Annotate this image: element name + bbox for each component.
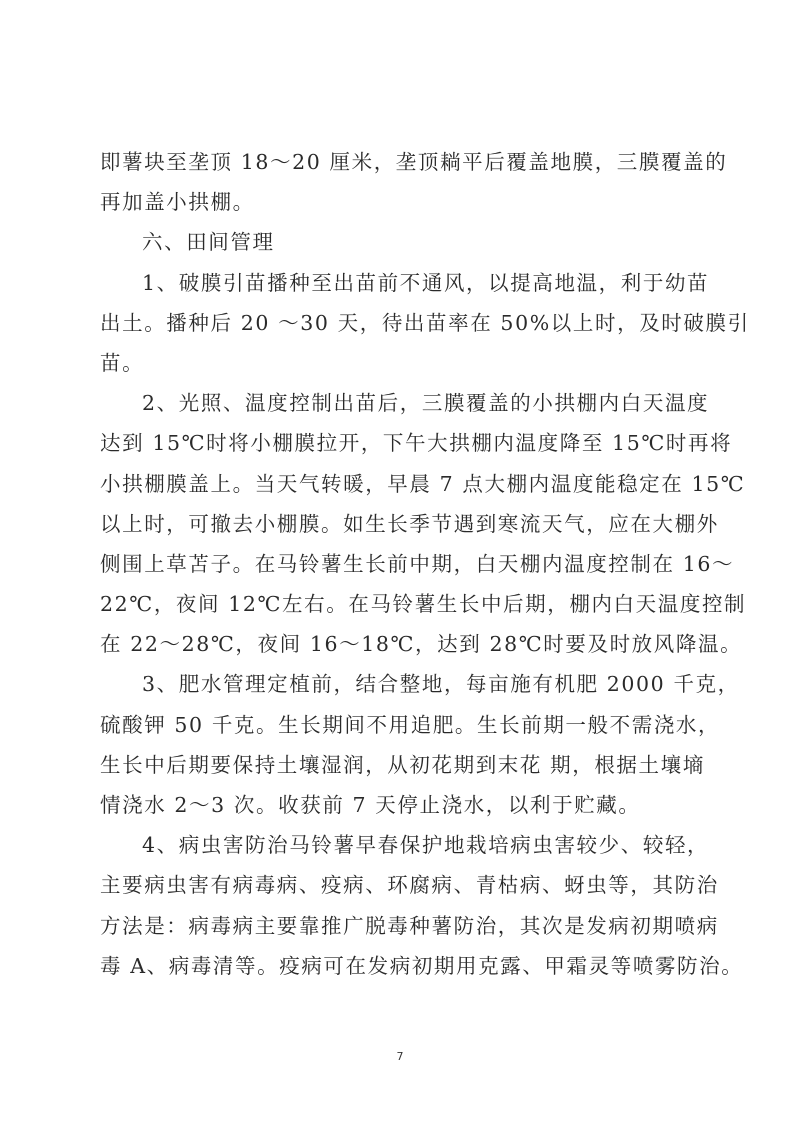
text-line: 在 22～28℃，夜间 16～18℃，达到 28℃时要及时放风降温。 bbox=[100, 624, 704, 664]
text-line: 即薯块至垄顶 18～20 厘米，垄顶耥平后覆盖地膜，三膜覆盖的 bbox=[100, 142, 704, 182]
text-line: 苗。 bbox=[100, 343, 704, 383]
text-line: 达到 15℃时将小棚膜拉开，下午大拱棚内温度降至 15℃时再将 bbox=[100, 423, 704, 463]
text-line: 情浇水 2～3 次。收获前 7 天停止浇水，以利于贮藏。 bbox=[100, 785, 704, 825]
text-line: 方法是：病毒病主要靠推广脱毒种薯防治，其次是发病初期喷病 bbox=[100, 906, 704, 946]
text-line: 3、肥水管理定植前，结合整地，每亩施有机肥 2000 千克， bbox=[100, 664, 704, 704]
section-heading: 六、田间管理 bbox=[100, 222, 704, 262]
text-line: 4、病虫害防治马铃薯早春保护地栽培病虫害较少、较轻， bbox=[100, 825, 704, 865]
text-line: 毒 A、病毒清等。疫病可在发病初期用克露、甲霜灵等喷雾防治。 bbox=[100, 946, 704, 986]
document-body: 即薯块至垄顶 18～20 厘米，垄顶耥平后覆盖地膜，三膜覆盖的 再加盖小拱棚。 … bbox=[100, 142, 704, 986]
text-line: 以上时，可撤去小棚膜。如生长季节遇到寒流天气，应在大棚外 bbox=[100, 504, 704, 544]
text-line: 侧围上草苫子。在马铃薯生长前中期，白天棚内温度控制在 16～ bbox=[100, 544, 704, 584]
text-line: 生长中后期要保持土壤湿润，从初花期到末花 期，根据土壤墒 bbox=[100, 745, 704, 785]
text-line: 硫酸钾 50 千克。生长期间不用追肥。生长前期一般不需浇水， bbox=[100, 705, 704, 745]
text-line: 再加盖小拱棚。 bbox=[100, 182, 704, 222]
page-number: 7 bbox=[0, 1050, 800, 1063]
text-line: 小拱棚膜盖上。当天气转暖，早晨 7 点大棚内温度能稳定在 15℃ bbox=[100, 464, 704, 504]
text-line: 出土。播种后 20 ～30 天，待出苗率在 50%以上时，及时破膜引 bbox=[100, 303, 704, 343]
text-line: 2、光照、温度控制出苗后，三膜覆盖的小拱棚内白天温度 bbox=[100, 383, 704, 423]
text-line: 主要病虫害有病毒病、疫病、环腐病、青枯病、蚜虫等，其防治 bbox=[100, 865, 704, 905]
text-line: 1、破膜引苗播种至出苗前不通风，以提高地温，利于幼苗 bbox=[100, 263, 704, 303]
text-line: 22℃，夜间 12℃左右。在马铃薯生长中后期，棚内白天温度控制 bbox=[100, 584, 704, 624]
